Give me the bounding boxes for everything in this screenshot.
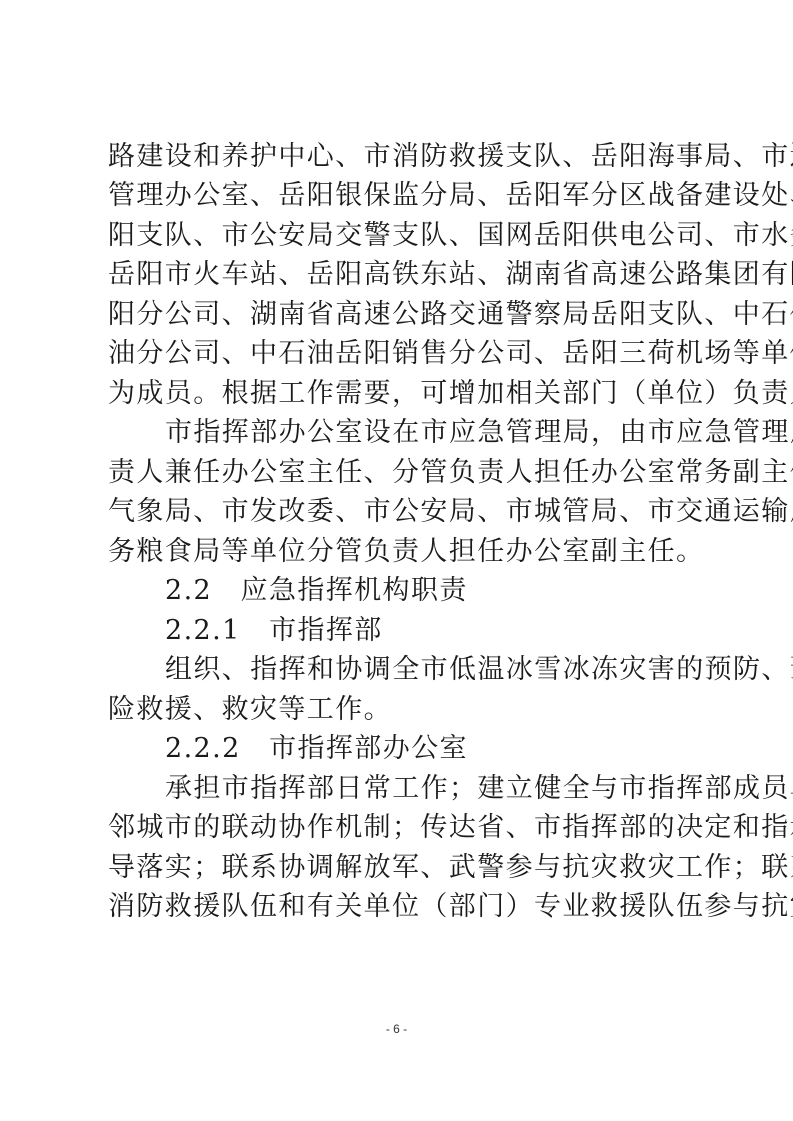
body-text-line: 为成员。根据工作需要，可增加相关部门（单位）负责人参加。 <box>108 379 708 409</box>
body-text-line: 气象局、市发改委、市公安局、市城管局、市交通运输局、市商 <box>108 497 708 527</box>
body-text-line: 消防救援队伍和有关单位（部门）专业救援队伍参与抗灾救灾工 <box>108 892 708 922</box>
paragraph-start-line: 组织、指挥和协调全市低温冰雪冰冻灾害的预防、预警和抢 <box>165 655 708 685</box>
body-text-line: 导落实；联系协调解放军、武警参与抗灾救灾工作；联系综合性 <box>108 853 708 883</box>
paragraph-start-line: 承担市指挥部日常工作；建立健全与市指挥部成员单位及相 <box>165 774 708 804</box>
body-text-line: 邻城市的联动协作机制；传达省、市指挥部的决定和指示，并督 <box>108 813 708 843</box>
section-heading-2-2-1: 2.2.1 市指挥部 <box>165 616 708 646</box>
page-number: - 6 - <box>0 1022 793 1036</box>
document-page: 路建设和养护中心、市消防救援支队、岳阳海事局、市通信发展 管理办公室、岳阳银保监… <box>0 0 793 1121</box>
body-text-line: 险救援、救灾等工作。 <box>108 695 708 725</box>
body-text-line: 油分公司、中石油岳阳销售分公司、岳阳三荷机场等单位负责人 <box>108 339 708 369</box>
body-text-line: 阳支队、市公安局交警支队、国网岳阳供电公司、市水务集团、 <box>108 221 708 251</box>
body-text-line: 阳分公司、湖南省高速公路交通警察局岳阳支队、中石化岳阳石 <box>108 300 708 330</box>
body-text-line: 路建设和养护中心、市消防救援支队、岳阳海事局、市通信发展 <box>108 142 708 172</box>
body-text-line: 管理办公室、岳阳银保监分局、岳阳军分区战备建设处、武警岳 <box>108 181 708 211</box>
body-text-line: 责人兼任办公室主任、分管负责人担任办公室常务副主任，由市 <box>108 458 708 488</box>
body-text-line: 岳阳市火车站、岳阳高铁东站、湖南省高速公路集团有限公司岳 <box>108 260 708 290</box>
section-heading-2-2-2: 2.2.2 市指挥部办公室 <box>165 734 708 764</box>
body-text-line: 务粮食局等单位分管负责人担任办公室副主任。 <box>108 537 708 567</box>
section-heading-2-2: 2.2 应急指挥机构职责 <box>165 576 708 606</box>
paragraph-start-line: 市指挥部办公室设在市应急管理局，由市应急管理局主要负 <box>165 418 708 448</box>
